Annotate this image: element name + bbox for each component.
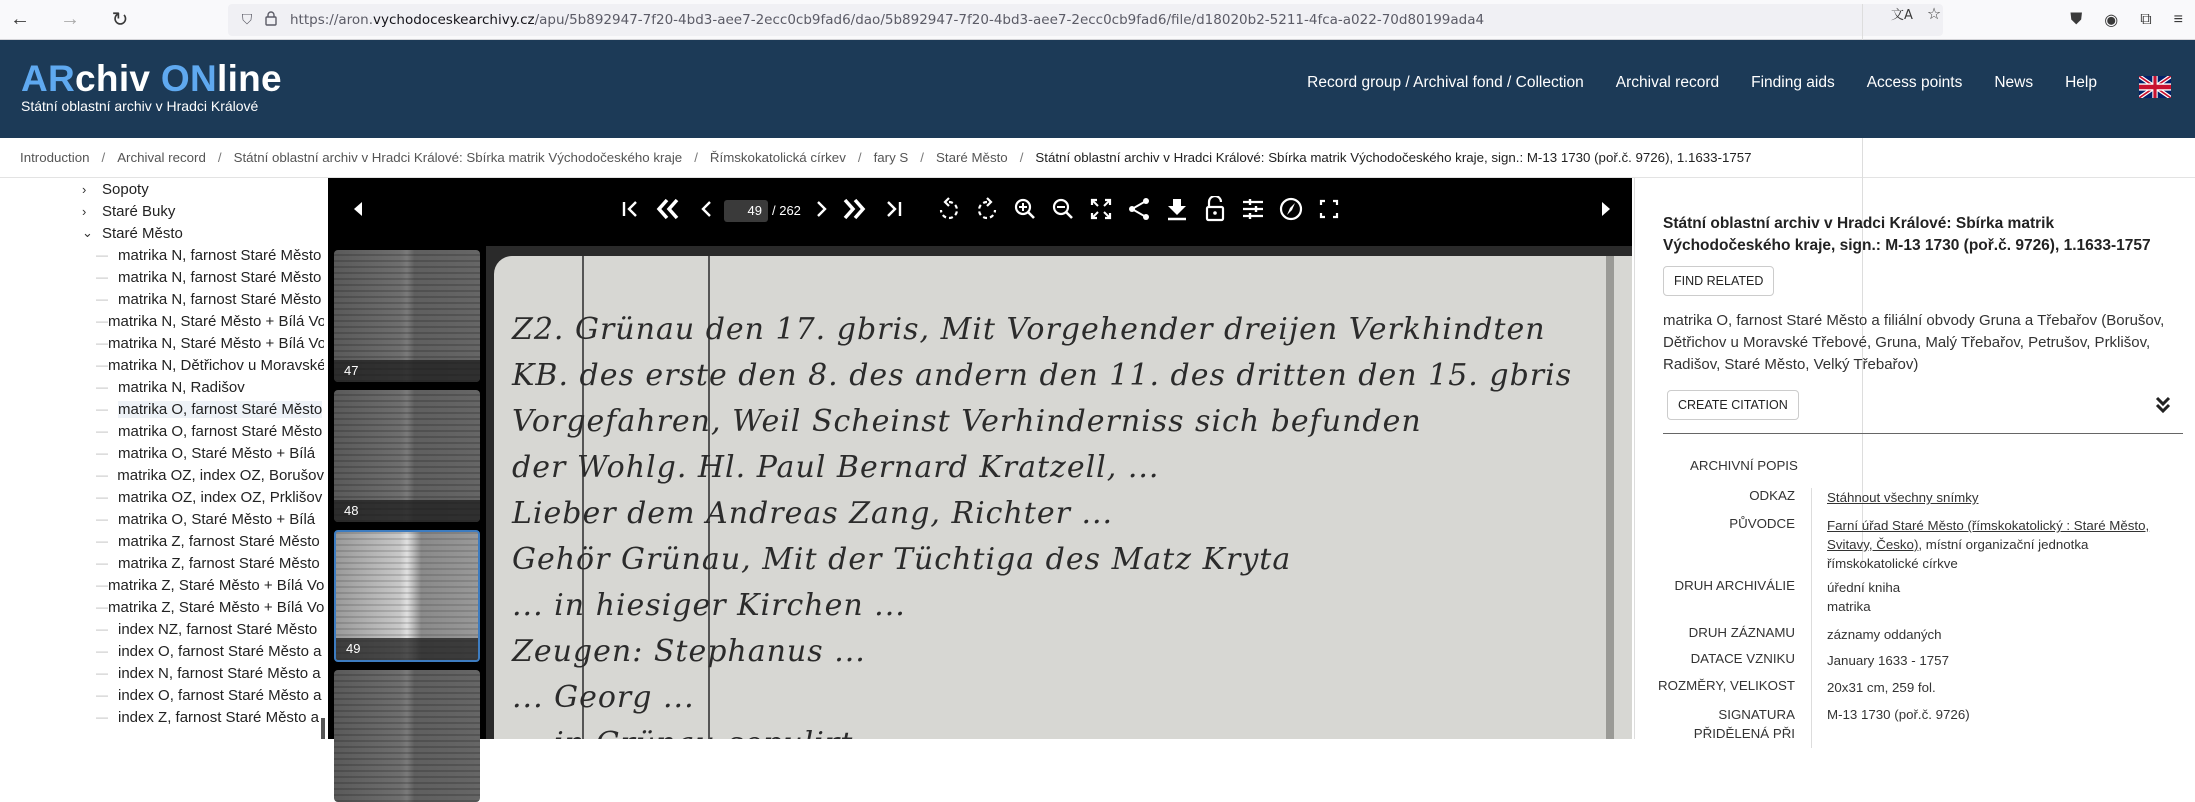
breadcrumb-archival-record[interactable]: Archival record <box>117 150 206 165</box>
navigator-compass-icon[interactable] <box>1278 196 1304 222</box>
zoom-in-icon[interactable] <box>1012 196 1038 222</box>
next-page-icon[interactable] <box>812 196 832 222</box>
lock-icon[interactable] <box>260 11 282 30</box>
breadcrumb-introduction[interactable]: Introduction <box>20 150 89 165</box>
tree-leaf-selected[interactable]: —matrika O, farnost Staré Město <box>96 398 324 420</box>
nav-finding-aids[interactable]: Finding aids <box>1751 74 1835 92</box>
tree-leaf[interactable]: —matrika N, farnost Staré Město <box>96 288 324 310</box>
tree-leaf[interactable]: —index NZ, farnost Staré Město <box>96 618 324 640</box>
nav-help[interactable]: Help <box>2065 74 2097 92</box>
last-page-icon[interactable] <box>880 196 906 222</box>
archive-tree: ›Sopoty ›Staré Buky ⌄Staré Město —matrik… <box>0 178 326 739</box>
rotate-right-icon[interactable] <box>974 196 1000 222</box>
reload-button[interactable]: ↻ <box>102 2 138 38</box>
fullscreen-icon[interactable] <box>1316 196 1342 222</box>
main-nav: Record group / Archival fond / Collectio… <box>1275 74 2097 92</box>
record-description: matrika O, farnost Staré Město a filiáln… <box>1663 310 2183 376</box>
page-number-input[interactable]: 49 <box>724 200 768 222</box>
tree-leaf[interactable]: —matrika N, Radišov <box>96 376 324 398</box>
jump-back-icon[interactable] <box>654 196 682 222</box>
rotate-left-icon[interactable] <box>936 196 962 222</box>
chevron-right-icon[interactable]: › <box>82 182 102 197</box>
tree-leaf[interactable]: —matrika O, farnost Staré Město <box>96 420 324 442</box>
create-citation-button[interactable]: CREATE CITATION <box>1667 390 1799 420</box>
back-button[interactable]: ← <box>2 2 38 38</box>
find-related-button[interactable]: FIND RELATED <box>1663 266 1774 296</box>
breadcrumb-church[interactable]: Římskokatolická církev <box>710 150 846 165</box>
collapse-thumbnails-icon[interactable] <box>348 196 368 222</box>
tree-leaf[interactable]: —matrika N, farnost Staré Město <box>96 266 324 288</box>
menu-icon[interactable]: ≡ <box>2174 11 2183 29</box>
thumbnail-selected[interactable]: 49 <box>334 530 480 662</box>
tree-leaf[interactable]: —matrika N, Staré Město + Bílá Voda <box>96 310 324 332</box>
tree-node-sopoty[interactable]: ›Sopoty <box>82 178 149 200</box>
tree-leaf[interactable]: —index O, farnost Staré Město a <box>96 684 324 706</box>
unlock-icon[interactable] <box>1202 196 1228 222</box>
download-icon[interactable] <box>1164 196 1190 222</box>
expand-double-chevron-icon[interactable] <box>2155 396 2171 419</box>
thumbnail[interactable]: 48 <box>334 390 480 522</box>
tree-leaf[interactable]: —matrika Z, farnost Staré Město <box>96 552 324 574</box>
tree-leaf[interactable]: —matrika N, Dětřichov u Moravské Třebové <box>96 354 324 376</box>
first-page-icon[interactable] <box>618 196 644 222</box>
zoom-out-icon[interactable] <box>1050 196 1076 222</box>
tree-leaf[interactable]: —index Z, farnost Staré Město a <box>96 706 324 728</box>
chevron-right-icon[interactable]: › <box>82 204 102 219</box>
thumbnail[interactable] <box>334 670 480 739</box>
tree-scrollbar[interactable] <box>321 718 325 739</box>
reload-icon: ↻ <box>112 7 129 32</box>
site-logo[interactable]: ARchiv ONline <box>21 58 282 100</box>
tree-leaf[interactable]: —matrika O, Staré Město + Bílá <box>96 508 324 530</box>
pocket-icon[interactable]: ⛊ <box>2070 11 2082 29</box>
tree-leaf[interactable]: —matrika O, Staré Město + Bílá <box>96 442 324 464</box>
extensions-icon[interactable]: ⧉ <box>2140 11 2151 29</box>
image-viewer: 49 / 262 47 48 49 <box>328 178 1632 739</box>
manuscript-page-image[interactable]: Z2. Grünau den 17. gbris, Mit Vorgehende… <box>486 246 1632 739</box>
chevron-down-icon[interactable]: ⌄ <box>82 225 102 241</box>
fit-to-screen-icon[interactable] <box>1088 196 1114 222</box>
share-icon[interactable] <box>1126 196 1152 222</box>
tree-leaf[interactable]: —index N, farnost Staré Město a <box>96 662 324 684</box>
page-total: / 262 <box>772 200 801 222</box>
url-text[interactable]: https://aron.vychodoceskearchivy.cz/apu/… <box>290 12 1484 28</box>
breadcrumb-current: Státní oblastní archiv v Hradci Králové:… <box>1035 150 1751 165</box>
tree-leaf[interactable]: —index O, farnost Staré Město a <box>96 640 324 662</box>
nav-news[interactable]: News <box>1994 74 2033 92</box>
tree-leaf[interactable]: —matrika N, farnost Staré Město <box>96 244 324 266</box>
browser-toolbar: ← → ↻ ⛉ https://aron.vychodoceskearchivy… <box>0 0 2195 40</box>
section-title: ARCHIVNÍ POPIS <box>1690 458 1798 473</box>
nav-archival-record[interactable]: Archival record <box>1616 74 1719 92</box>
uk-flag-language-icon[interactable] <box>2139 76 2171 98</box>
tree-leaf[interactable]: —matrika Z, Staré Město + Bílá Voda <box>96 574 324 596</box>
tree-node-stare-buky[interactable]: ›Staré Buky <box>82 200 175 222</box>
previous-page-icon[interactable] <box>696 196 716 222</box>
shield-icon[interactable]: ⛉ <box>236 12 258 28</box>
tree-node-stare-mesto[interactable]: ⌄Staré Město <box>82 222 183 244</box>
account-icon[interactable]: ◉ <box>2104 10 2118 30</box>
site-subtitle: Státní oblastní archiv v Hradci Králové <box>21 98 258 114</box>
divider <box>1663 433 2183 434</box>
tree-leaf[interactable]: —matrika OZ, index OZ, Borušov <box>96 464 324 486</box>
tree-leaf[interactable]: —matrika Z, Staré Město + Bílá Voda <box>96 596 324 618</box>
tree-leaf[interactable]: —matrika OZ, index OZ, Prklišov <box>96 486 324 508</box>
site-header: ARchiv ONline Státní oblastní archiv v H… <box>0 40 2195 138</box>
record-title: Státní oblastní archiv v Hradci Králové:… <box>1663 213 2183 257</box>
tree-leaf[interactable]: —matrika Z, farnost Staré Město <box>96 530 324 552</box>
image-adjust-icon[interactable] <box>1240 196 1266 222</box>
thumbnail[interactable]: 47 <box>334 250 480 382</box>
breadcrumb-collection[interactable]: Státní oblastní archiv v Hradci Králové:… <box>234 150 683 165</box>
nav-access-points[interactable]: Access points <box>1867 74 1963 92</box>
record-detail-panel: Státní oblastní archiv v Hradci Králové:… <box>1634 178 2195 739</box>
tree-leaf[interactable]: —matrika N, Staré Město + Bílá Voda <box>96 332 324 354</box>
download-all-link[interactable]: Stáhnout všechny snímky <box>1827 490 1979 505</box>
forward-button[interactable]: → <box>52 2 88 38</box>
back-arrow-icon: ← <box>10 8 30 31</box>
breadcrumb-stare-mesto[interactable]: Staré Město <box>936 150 1008 165</box>
nav-record-group[interactable]: Record group / Archival fond / Collectio… <box>1307 74 1584 92</box>
collapse-metadata-icon[interactable] <box>1596 196 1616 222</box>
forward-arrow-icon: → <box>60 8 80 31</box>
jump-forward-icon[interactable] <box>840 196 868 222</box>
address-bar[interactable]: ⛉ https://aron.vychodoceskearchivy.cz/ap… <box>228 4 1943 36</box>
breadcrumb-fary-s[interactable]: fary S <box>874 150 909 165</box>
viewer-toolbar: 49 / 262 <box>328 178 1632 240</box>
